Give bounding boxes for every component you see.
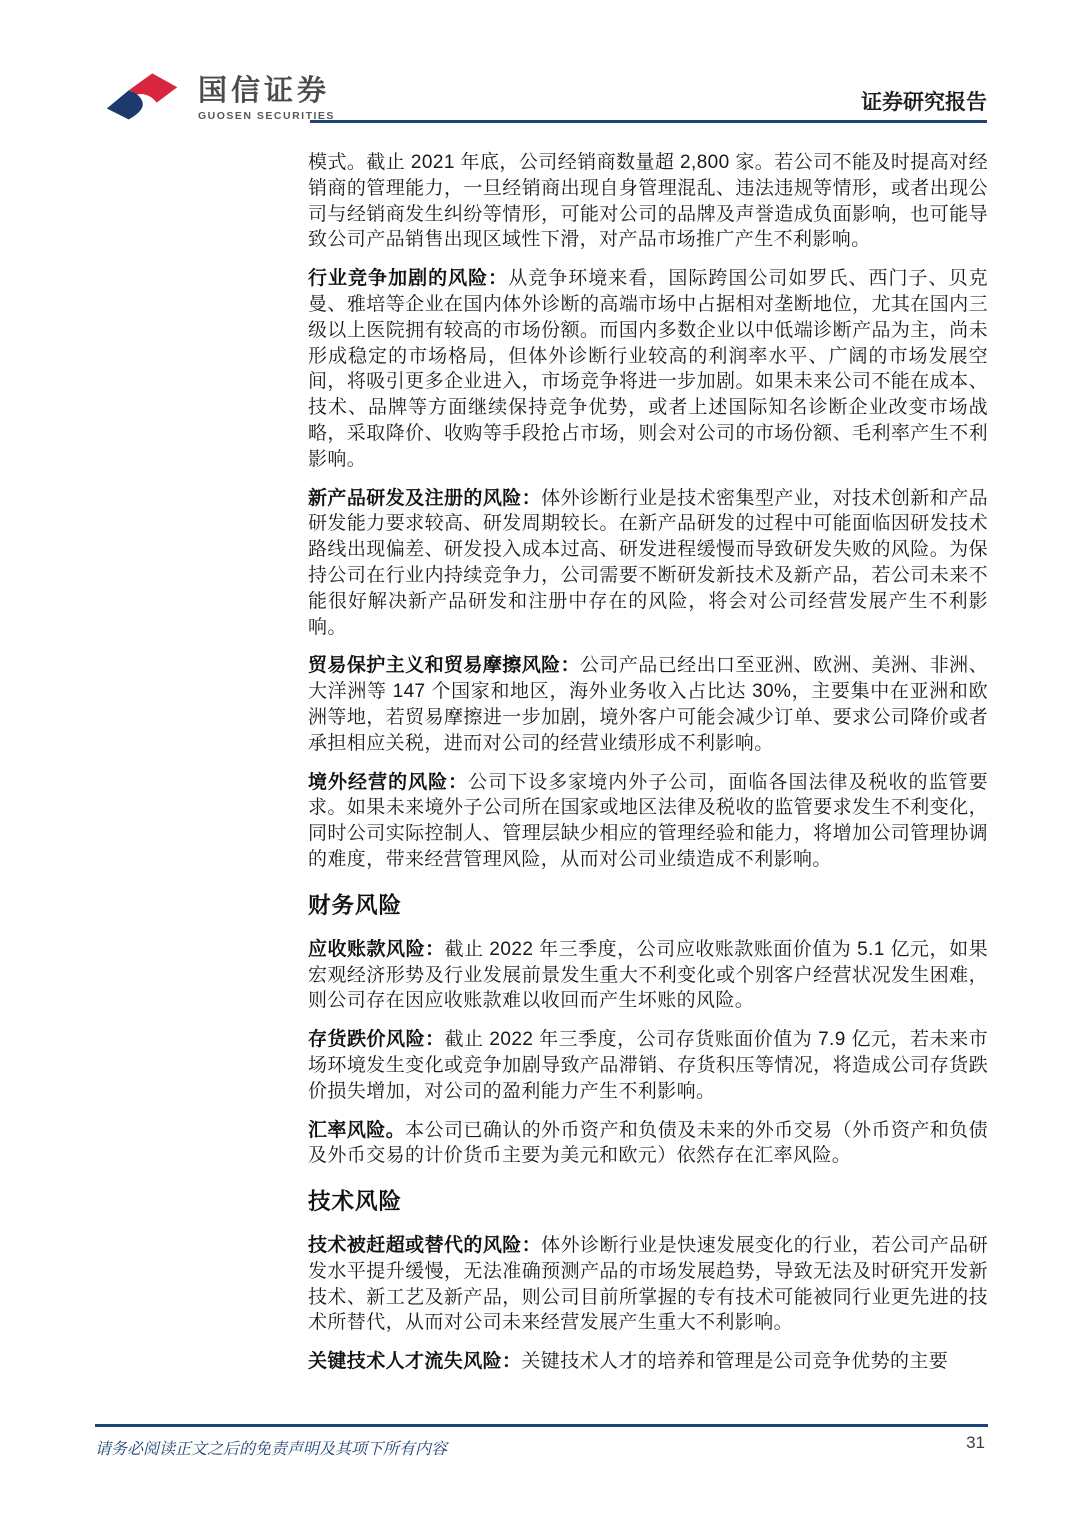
footer-disclaimer: 请务必阅读正文之后的免责声明及其项下所有内容 bbox=[95, 1436, 447, 1459]
risk-paragraph-lead: 技术被赶超或替代的风险： bbox=[308, 1235, 541, 1256]
guosen-logo-text: 国信证券 GUOSEN SECURITIES bbox=[198, 76, 335, 123]
header-divider bbox=[310, 120, 987, 123]
risk-paragraph: 境外经营的风险：公司下设多家境内外子公司，面临各国法律及税收的监管要求。如果未来… bbox=[308, 770, 988, 873]
body-paragraph-continuation: 模式。截止 2021 年底，公司经销商数量超 2,800 家。若公司不能及时提高… bbox=[308, 150, 988, 253]
report-page: 国信证券 GUOSEN SECURITIES 证券研究报告 模式。截止 2021… bbox=[0, 0, 1080, 1534]
risk-paragraph-text: 从竞争环境来看，国际跨国公司如罗氏、西门子、贝克曼、雅培等企业在国内体外诊断的高… bbox=[308, 268, 988, 470]
risk-paragraph-lead: 贸易保护主义和贸易摩擦风险： bbox=[308, 655, 580, 676]
guosen-logo-icon bbox=[98, 68, 186, 130]
risk-paragraph: 贸易保护主义和贸易摩擦风险：公司产品已经出口至亚洲、欧洲、美洲、非洲、大洋洲等 … bbox=[308, 653, 988, 756]
report-type-label: 证券研究报告 bbox=[861, 86, 987, 116]
page-number: 31 bbox=[966, 1433, 985, 1453]
guosen-logo: 国信证券 GUOSEN SECURITIES bbox=[98, 68, 335, 130]
risk-paragraph-lead: 关键技术人才流失风险： bbox=[308, 1351, 521, 1372]
risk-paragraph: 应收账款风险：截止 2022 年三季度，公司应收账款账面价值为 5.1 亿元，如… bbox=[308, 937, 988, 1014]
footer-divider bbox=[95, 1424, 988, 1427]
risk-paragraph-lead: 境外经营的风险： bbox=[308, 772, 468, 793]
risk-paragraph-text: 体外诊断行业是技术密集型产业，对技术创新和产品研发能力要求较高、研发周期较长。在… bbox=[308, 488, 988, 638]
risk-paragraph-lead: 应收账款风险： bbox=[308, 939, 445, 960]
risk-paragraph: 汇率风险。本公司已确认的外币资产和负债及未来的外币交易（外币资产和负债及外币交易… bbox=[308, 1118, 988, 1170]
risk-paragraph: 关键技术人才流失风险：关键技术人才的培养和管理是公司竞争优势的主要 bbox=[308, 1349, 988, 1375]
risk-paragraph-lead: 行业竞争加剧的风险： bbox=[308, 268, 508, 289]
section-heading-tech: 技术风险 bbox=[308, 1184, 988, 1216]
risk-paragraph-lead: 新产品研发及注册的风险： bbox=[308, 488, 541, 509]
logo-name-cn: 国信证券 bbox=[198, 76, 335, 108]
risk-paragraph-lead: 存货跌价风险： bbox=[308, 1029, 445, 1050]
risk-paragraph: 行业竞争加剧的风险：从竞争环境来看，国际跨国公司如罗氏、西门子、贝克曼、雅培等企… bbox=[308, 266, 988, 472]
report-body: 模式。截止 2021 年底，公司经销商数量超 2,800 家。若公司不能及时提高… bbox=[308, 150, 988, 1388]
risk-paragraph-lead: 汇率风险。 bbox=[308, 1120, 405, 1141]
risk-paragraph: 存货跌价风险：截止 2022 年三季度，公司存货账面价值为 7.9 亿元，若未来… bbox=[308, 1027, 988, 1104]
risk-paragraph-text: 关键技术人才的培养和管理是公司竞争优势的主要 bbox=[521, 1351, 948, 1372]
paragraph-text: 模式。截止 2021 年底，公司经销商数量超 2,800 家。若公司不能及时提高… bbox=[308, 152, 988, 250]
risk-paragraph-text: 本公司已确认的外币资产和负债及未来的外币交易（外币资产和负债及外币交易的计价货币… bbox=[308, 1120, 988, 1167]
section-heading-finance: 财务风险 bbox=[308, 888, 988, 920]
risk-paragraph: 技术被赶超或替代的风险：体外诊断行业是快速发展变化的行业，若公司产品研发水平提升… bbox=[308, 1233, 988, 1336]
risk-paragraph: 新产品研发及注册的风险：体外诊断行业是技术密集型产业，对技术创新和产品研发能力要… bbox=[308, 486, 988, 641]
